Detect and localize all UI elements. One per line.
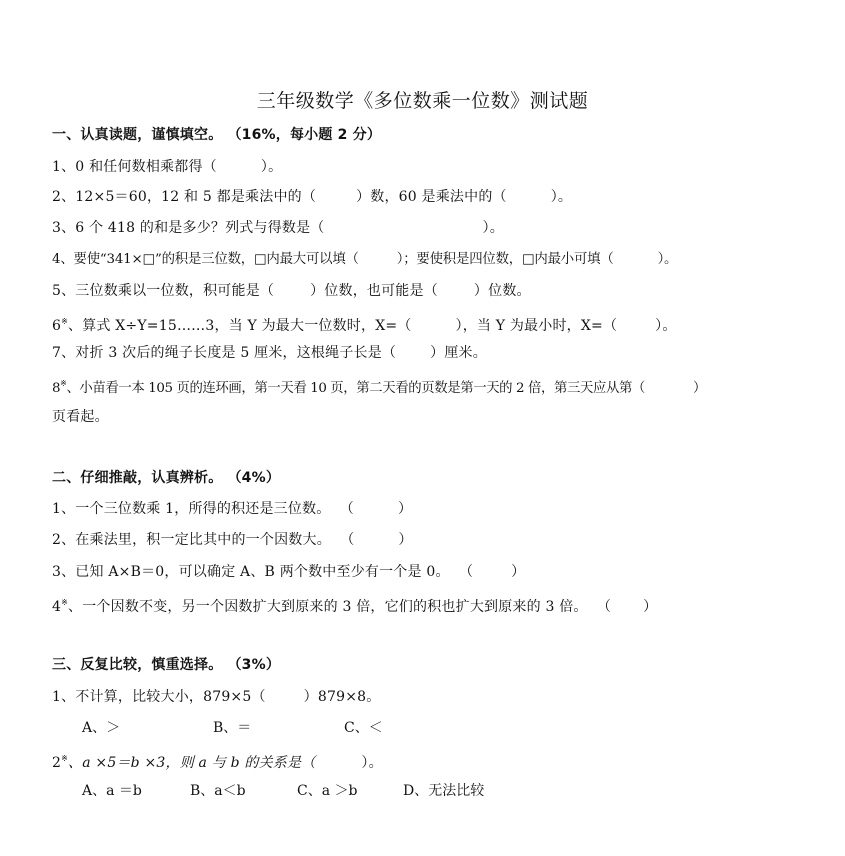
question-2-4: 4※、一个因数不变，另一个因数扩大到原来的 3 倍，它们的积也扩大到原来的 3 … <box>52 594 657 616</box>
option-b[interactable]: B、＝ <box>213 719 251 737</box>
option-a[interactable]: A、a ＝b <box>82 782 142 800</box>
section-2-heading: 二、仔细推敲，认真辨析。 （4%） <box>52 469 280 487</box>
optional-mark: ※ <box>61 317 68 326</box>
question-1-1: 1、0 和任何数相乘都得（）。 <box>52 158 282 176</box>
question-1-8: 8※、小苗看一本 105 页的连环画，第一天看 10 页，第二天看的页数是第一天… <box>52 375 706 398</box>
question-1-3: 3、6 个 418 的和是多少？列式与得数是（）。 <box>52 219 504 237</box>
question-1-2: 2、12×5＝60，12 和 5 都是乘法中的（）数，60 是乘法中的（）。 <box>52 188 572 206</box>
option-b[interactable]: B、a＜b <box>190 782 246 800</box>
section-3-heading: 三、反复比较，慎重选择。 （3%） <box>52 656 280 674</box>
section-1-heading: 一、认真读题，谨慎填空。 （16%，每小题 2 分） <box>52 126 381 144</box>
question-2-2: 2、在乘法里，积一定比其中的一个因数大。 （） <box>52 531 413 549</box>
question-1-8-continuation: 页看起。 <box>52 408 109 426</box>
question-1-5: 5、三位数乘以一位数，积可能是（）位数，也可能是（）位数。 <box>52 282 531 300</box>
question-1-4: 4、要使“341×□”的积是三位数，□内最大可以填（）；要使积是四位数，□内最小… <box>52 251 677 269</box>
question-2-3: 3、已知 A×B＝0，可以确定 A、B 两个数中至少有一个是 0。 （） <box>52 563 525 581</box>
option-c[interactable]: C、a ＞b <box>297 782 357 800</box>
question-3-1: 1、不计算，比较大小，879×5（）879×8。 <box>52 688 380 706</box>
optional-mark: ※ <box>61 598 68 607</box>
page-title: 三年级数学《多位数乘一位数》测试题 <box>0 86 845 113</box>
question-1-7: 7、对折 3 次后的绳子长度是 5 厘米，这根绳子长是（）厘米。 <box>52 344 487 362</box>
question-2-1: 1、一个三位数乘 1，所得的积还是三位数。 （） <box>52 500 412 518</box>
exam-page: 三年级数学《多位数乘一位数》测试题 一、认真读题，谨慎填空。 （16%，每小题 … <box>0 0 845 856</box>
option-a[interactable]: A、＞ <box>82 719 120 737</box>
optional-mark: ※ <box>61 754 68 763</box>
option-d[interactable]: D、无法比较 <box>403 782 484 800</box>
question-1-6: 6※、算式 X÷Y=15……3，当 Y 为最大一位数时，X=（），当 Y 为最小… <box>52 313 677 335</box>
question-3-2: 2※、a ×5＝b ×3，则 a 与 b 的关系是（）。 <box>52 750 383 772</box>
option-c[interactable]: C、＜ <box>344 719 383 737</box>
